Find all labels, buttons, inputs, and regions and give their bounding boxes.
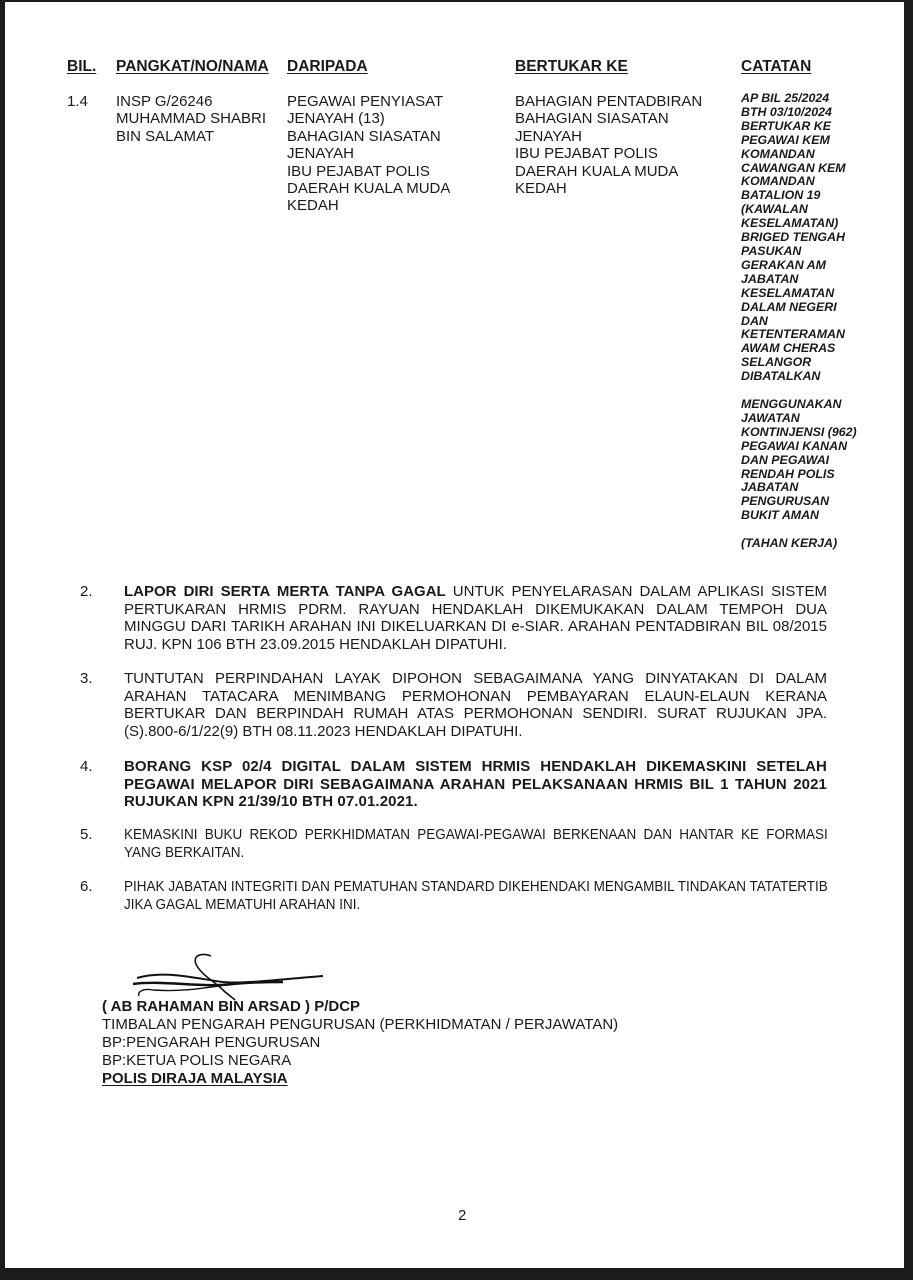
header-bil: BIL. bbox=[67, 58, 96, 76]
paragraph-number: 4. bbox=[80, 758, 93, 776]
header-bertukar-ke: BERTUKAR KE bbox=[515, 58, 628, 76]
paragraph-3: 3. TUNTUTAN PERPINDAHAN LAYAK DIPOHON SE… bbox=[80, 670, 840, 742]
signatory-bp-2: BP:KETUA POLIS NEGARA bbox=[102, 1052, 618, 1070]
paragraph-text: KEMASKINI BUKU REKOD PERKHIDMATAN PEGAWA… bbox=[124, 826, 828, 861]
row-catatan-note-3: (TAHAN KERJA) bbox=[741, 537, 837, 551]
header-catatan: CATATAN bbox=[741, 58, 811, 76]
paragraph-text: PIHAK JABATAN INTEGRITI DAN PEMATUHAN ST… bbox=[124, 878, 828, 913]
signature-mark-icon bbox=[123, 948, 333, 1004]
paragraph-6: 6. PIHAK JABATAN INTEGRITI DAN PEMATUHAN… bbox=[80, 878, 840, 914]
paragraph-body: LAPOR DIRI SERTA MERTA TANPA GAGAL UNTUK… bbox=[124, 583, 827, 653]
paragraph-number: 2. bbox=[80, 583, 93, 601]
paragraph-text: TUNTUTAN PERPINDAHAN LAYAK DIPOHON SEBAG… bbox=[124, 670, 827, 740]
paragraph-2: 2. LAPOR DIRI SERTA MERTA TANPA GAGAL UN… bbox=[80, 583, 840, 655]
paragraph-5: 5. KEMASKINI BUKU REKOD PERKHIDMATAN PEG… bbox=[80, 826, 840, 862]
header-pangkat: PANGKAT/NO/NAMA bbox=[116, 58, 269, 76]
page-number: 2 bbox=[458, 1207, 466, 1224]
row-catatan-note-1: AP BIL 25/2024 BTH 03/10/2024 BERTUKAR K… bbox=[741, 92, 846, 384]
row-bil: 1.4 bbox=[67, 93, 88, 110]
paragraph-4: 4. BORANG KSP 02/4 DIGITAL DALAM SISTEM … bbox=[80, 758, 840, 812]
paragraph-bold-lead: LAPOR DIRI SERTA MERTA TANPA GAGAL bbox=[124, 583, 446, 600]
row-bertukar-ke: BAHAGIAN PENTADBIRAN BAHAGIAN SIASATAN J… bbox=[515, 93, 702, 197]
signatory-organization: POLIS DIRAJA MALAYSIA bbox=[102, 1070, 618, 1088]
paragraph-number: 6. bbox=[80, 878, 93, 896]
paragraph-text: BORANG KSP 02/4 DIGITAL DALAM SISTEM HRM… bbox=[124, 758, 827, 811]
row-daripada: PEGAWAI PENYIASAT JENAYAH (13) BAHAGIAN … bbox=[287, 93, 450, 215]
signature-block: ( AB RAHAMAN BIN ARSAD ) P/DCP TIMBALAN … bbox=[102, 998, 618, 1088]
signatory-title: TIMBALAN PENGARAH PENGURUSAN (PERKHIDMAT… bbox=[102, 1016, 618, 1034]
document-page: BIL. PANGKAT/NO/NAMA DARIPADA BERTUKAR K… bbox=[5, 2, 904, 1268]
row-pangkat-nama: INSP G/26246 MUHAMMAD SHABRI BIN SALAMAT bbox=[116, 93, 266, 145]
paragraph-number: 5. bbox=[80, 826, 93, 844]
signatory-name: ( AB RAHAMAN BIN ARSAD ) P/DCP bbox=[102, 998, 618, 1016]
row-catatan-note-2: MENGGUNAKAN JAWATAN KONTINJENSI (962) PE… bbox=[741, 398, 857, 523]
paragraph-number: 3. bbox=[80, 670, 93, 688]
header-daripada: DARIPADA bbox=[287, 58, 368, 76]
signatory-bp-1: BP:PENGARAH PENGURUSAN bbox=[102, 1034, 618, 1052]
